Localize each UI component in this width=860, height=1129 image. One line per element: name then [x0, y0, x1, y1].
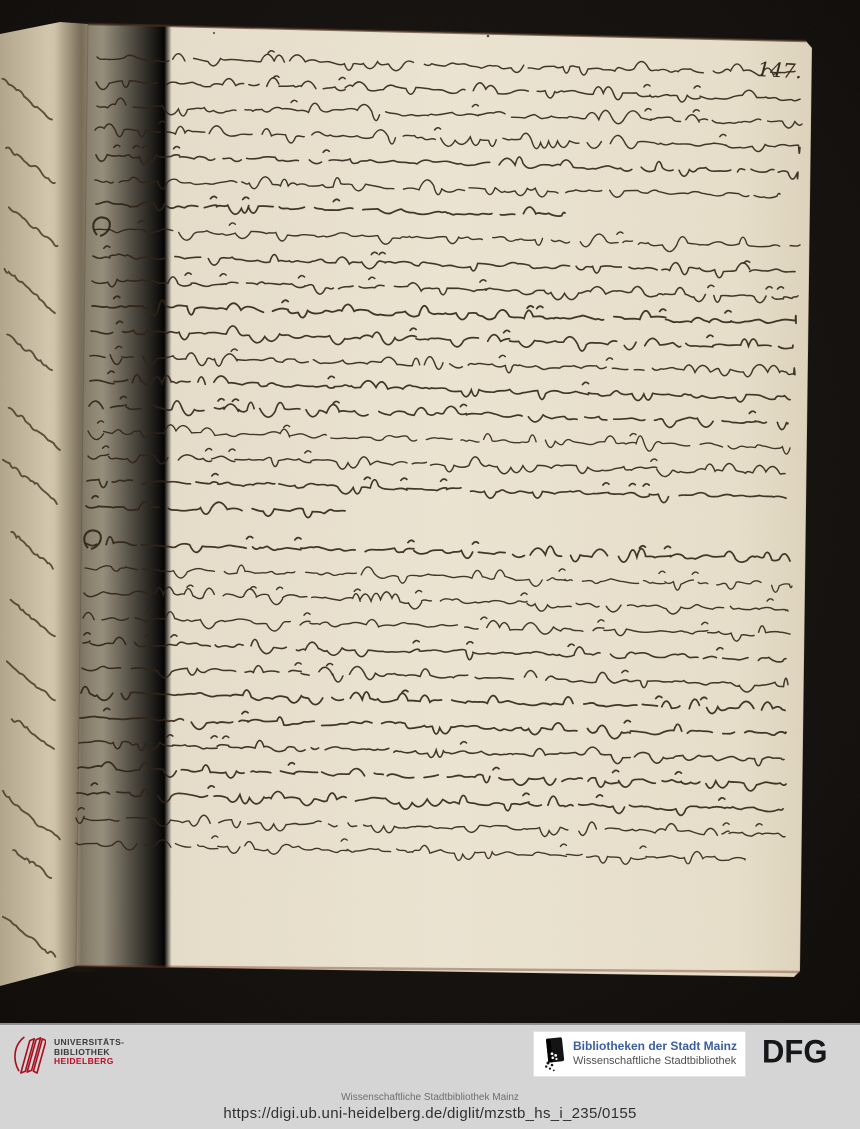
- mainz-line-2: Wissenschaftliche Stadtbibliothek: [573, 1054, 737, 1069]
- dfg-logo: DFG: [762, 1033, 827, 1070]
- mainz-logo-text: Bibliotheken der Stadt Mainz Wissenschaf…: [573, 1039, 737, 1069]
- heidelberg-books-icon: [10, 1031, 46, 1079]
- holding-institution-caption: Wissenschaftliche Stadtbibliothek Mainz: [0, 1092, 860, 1103]
- manuscript-photo: 147.: [0, 0, 860, 1023]
- heidelberg-line-3: HEIDELBERG: [54, 1057, 124, 1067]
- permalink-url: https://digi.ub.uni-heidelberg.de/diglit…: [0, 1105, 860, 1122]
- heidelberg-library-logo: UNIVERSITÄTS- BIBLIOTHEK HEIDELBERG: [10, 1031, 124, 1079]
- mainz-book-icon: [542, 1037, 566, 1073]
- photo-grain: [0, 0, 860, 1023]
- mainz-line-1: Bibliotheken der Stadt Mainz: [573, 1039, 737, 1054]
- digitized-page-view: 147. UNIVERSITÄTS- BIBLIOTHEK HEIDELBERG: [0, 0, 860, 1129]
- citation-footer: UNIVERSITÄTS- BIBLIOTHEK HEIDELBERG: [0, 1023, 860, 1129]
- heidelberg-logo-text: UNIVERSITÄTS- BIBLIOTHEK HEIDELBERG: [54, 1031, 124, 1067]
- mainz-library-logo: Bibliotheken der Stadt Mainz Wissenschaf…: [533, 1031, 746, 1077]
